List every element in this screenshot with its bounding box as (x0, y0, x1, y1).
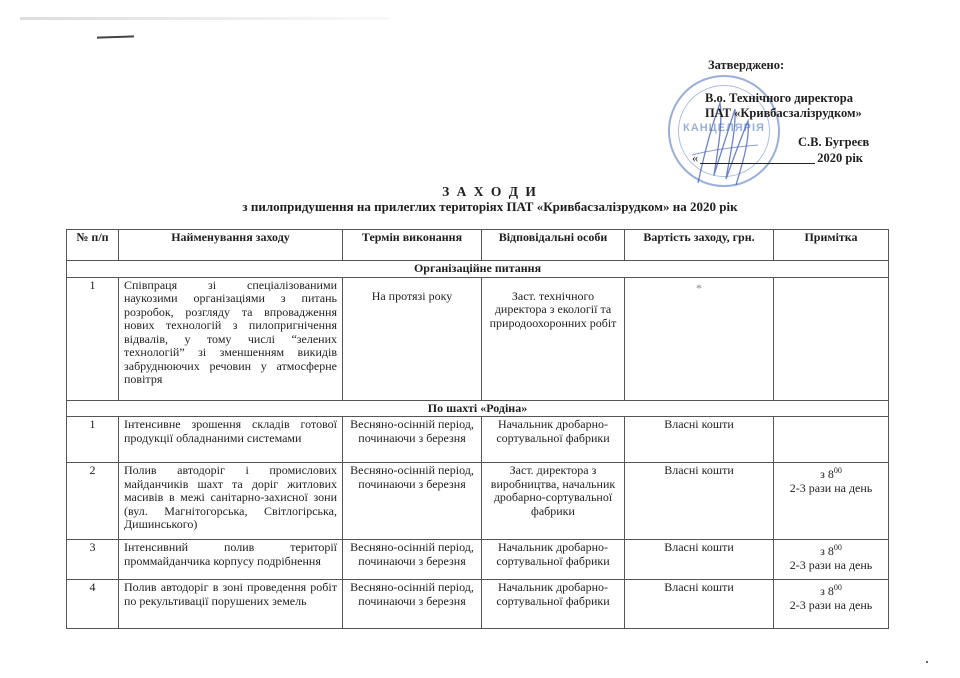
note-time: з 8 (820, 544, 834, 558)
cell-name: Співпраця зі спеціалізованими наукозими … (119, 277, 343, 400)
approval-date-line: «2020 рік (692, 151, 863, 166)
cell-note (774, 417, 889, 463)
cell-responsible: Начальник дробарно-сортувальної фабрики (482, 580, 625, 629)
section-row: Організаційне питання (67, 261, 889, 278)
cell-responsible: Заст. технічного директора з екології та… (482, 277, 625, 400)
note-frequency: 2-3 рази на день (790, 558, 873, 572)
cell-note: з 800 2-3 рази на день (774, 580, 889, 629)
cell-note: з 800 2-3 рази на день (774, 463, 889, 540)
cell-term: Весняно-осінній період, починаючи з бере… (343, 417, 482, 463)
header-term: Термін виконання (343, 230, 482, 261)
header-num: № п/п (67, 230, 119, 261)
measures-table: № п/п Найменування заходу Термін виконан… (66, 229, 889, 629)
header-responsible: Відповідальні особи (482, 230, 625, 261)
table-row: 1 Інтенсивне зрошення складів готової пр… (67, 417, 889, 463)
approver-name: С.В. Бугреєв (798, 135, 869, 150)
note-time-minutes: 00 (834, 543, 842, 552)
date-quote: « (692, 151, 698, 165)
approver-position-line2: ПАТ «Кривбасзалізрудком» (705, 106, 862, 121)
header-name: Найменування заходу (119, 230, 343, 261)
cell-num: 2 (67, 463, 119, 540)
cell-cost: * (625, 277, 774, 400)
header-cost: Вартість заходу, грн. (625, 230, 774, 261)
cell-cost: Власні кошти (625, 417, 774, 463)
cell-name: Інтенсивне зрошення складів готової прод… (119, 417, 343, 463)
cell-name: Інтенсивний полив території проммайданчи… (119, 540, 343, 580)
note-time-minutes: 00 (834, 583, 842, 592)
cell-num: 4 (67, 580, 119, 629)
pen-mark (97, 35, 134, 38)
cell-cost: Власні кошти (625, 540, 774, 580)
note-frequency: 2-3 рази на день (790, 598, 873, 612)
table-row: 3 Інтенсивний полив території проммайдан… (67, 540, 889, 580)
note-time: з 8 (820, 584, 834, 598)
cell-term: Весняно-осінній період, починаючи з бере… (343, 463, 482, 540)
approver-position-line1: В.о. Технічного директора (705, 91, 853, 106)
cell-responsible: Начальник дробарно-сортувальної фабрики (482, 540, 625, 580)
approval-year: 2020 рік (817, 151, 863, 165)
table-header-row: № п/п Найменування заходу Термін виконан… (67, 230, 889, 261)
table-row: 1 Співпраця зі спеціалізованими наукозим… (67, 277, 889, 400)
cell-num: 1 (67, 417, 119, 463)
cell-name: Полив автодоріг і промислових майданчикі… (119, 463, 343, 540)
document-subtitle: з пилопридушення на прилеглих територіях… (0, 199, 960, 215)
cell-num: 1 (67, 277, 119, 400)
note-time: з 8 (820, 467, 834, 481)
cell-term: Весняно-осінній період, починаючи з бере… (343, 540, 482, 580)
header-note: Примітка (774, 230, 889, 261)
document-title: З А Х О Д И (0, 184, 960, 200)
section-title: По шахті «Родіна» (67, 400, 889, 417)
cell-note: з 800 2-3 рази на день (774, 540, 889, 580)
cell-cost: Власні кошти (625, 580, 774, 629)
cell-note (774, 277, 889, 400)
table-row: 4 Полив автодоріг в зоні проведення робі… (67, 580, 889, 629)
cell-term: На протязі року (343, 277, 482, 400)
section-title: Організаційне питання (67, 261, 889, 278)
cell-cost: Власні кошти (625, 463, 774, 540)
note-time-minutes: 00 (834, 466, 842, 475)
scan-artifact-line (20, 17, 390, 20)
approval-title: Затверджено: (708, 58, 784, 73)
table-row: 2 Полив автодоріг і промислових майданчи… (67, 463, 889, 540)
cell-responsible: Начальник дробарно-сортувальної фабрики (482, 417, 625, 463)
cell-responsible: Заст. директора з виробництва, начальник… (482, 463, 625, 540)
cell-num: 3 (67, 540, 119, 580)
cell-term: Весняно-осінній період, починаючи з бере… (343, 580, 482, 629)
cell-name: Полив автодоріг в зоні проведення робіт … (119, 580, 343, 629)
section-row: По шахті «Родіна» (67, 400, 889, 417)
scan-speck (926, 661, 928, 663)
note-frequency: 2-3 рази на день (790, 481, 873, 495)
date-blank-line (700, 163, 815, 164)
